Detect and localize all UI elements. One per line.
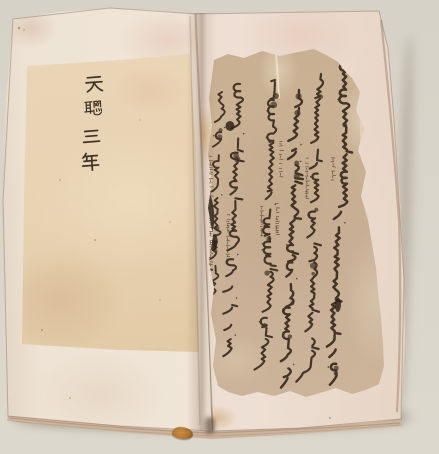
page-edges-overlay	[0, 0, 439, 454]
left-page-outline	[3, 8, 212, 431]
paper-specks	[18, 27, 331, 419]
open-book: 天聰三年	[0, 0, 439, 454]
right-page-outline	[195, 11, 404, 431]
manuscript-photograph: 天聰三年	[0, 0, 439, 454]
